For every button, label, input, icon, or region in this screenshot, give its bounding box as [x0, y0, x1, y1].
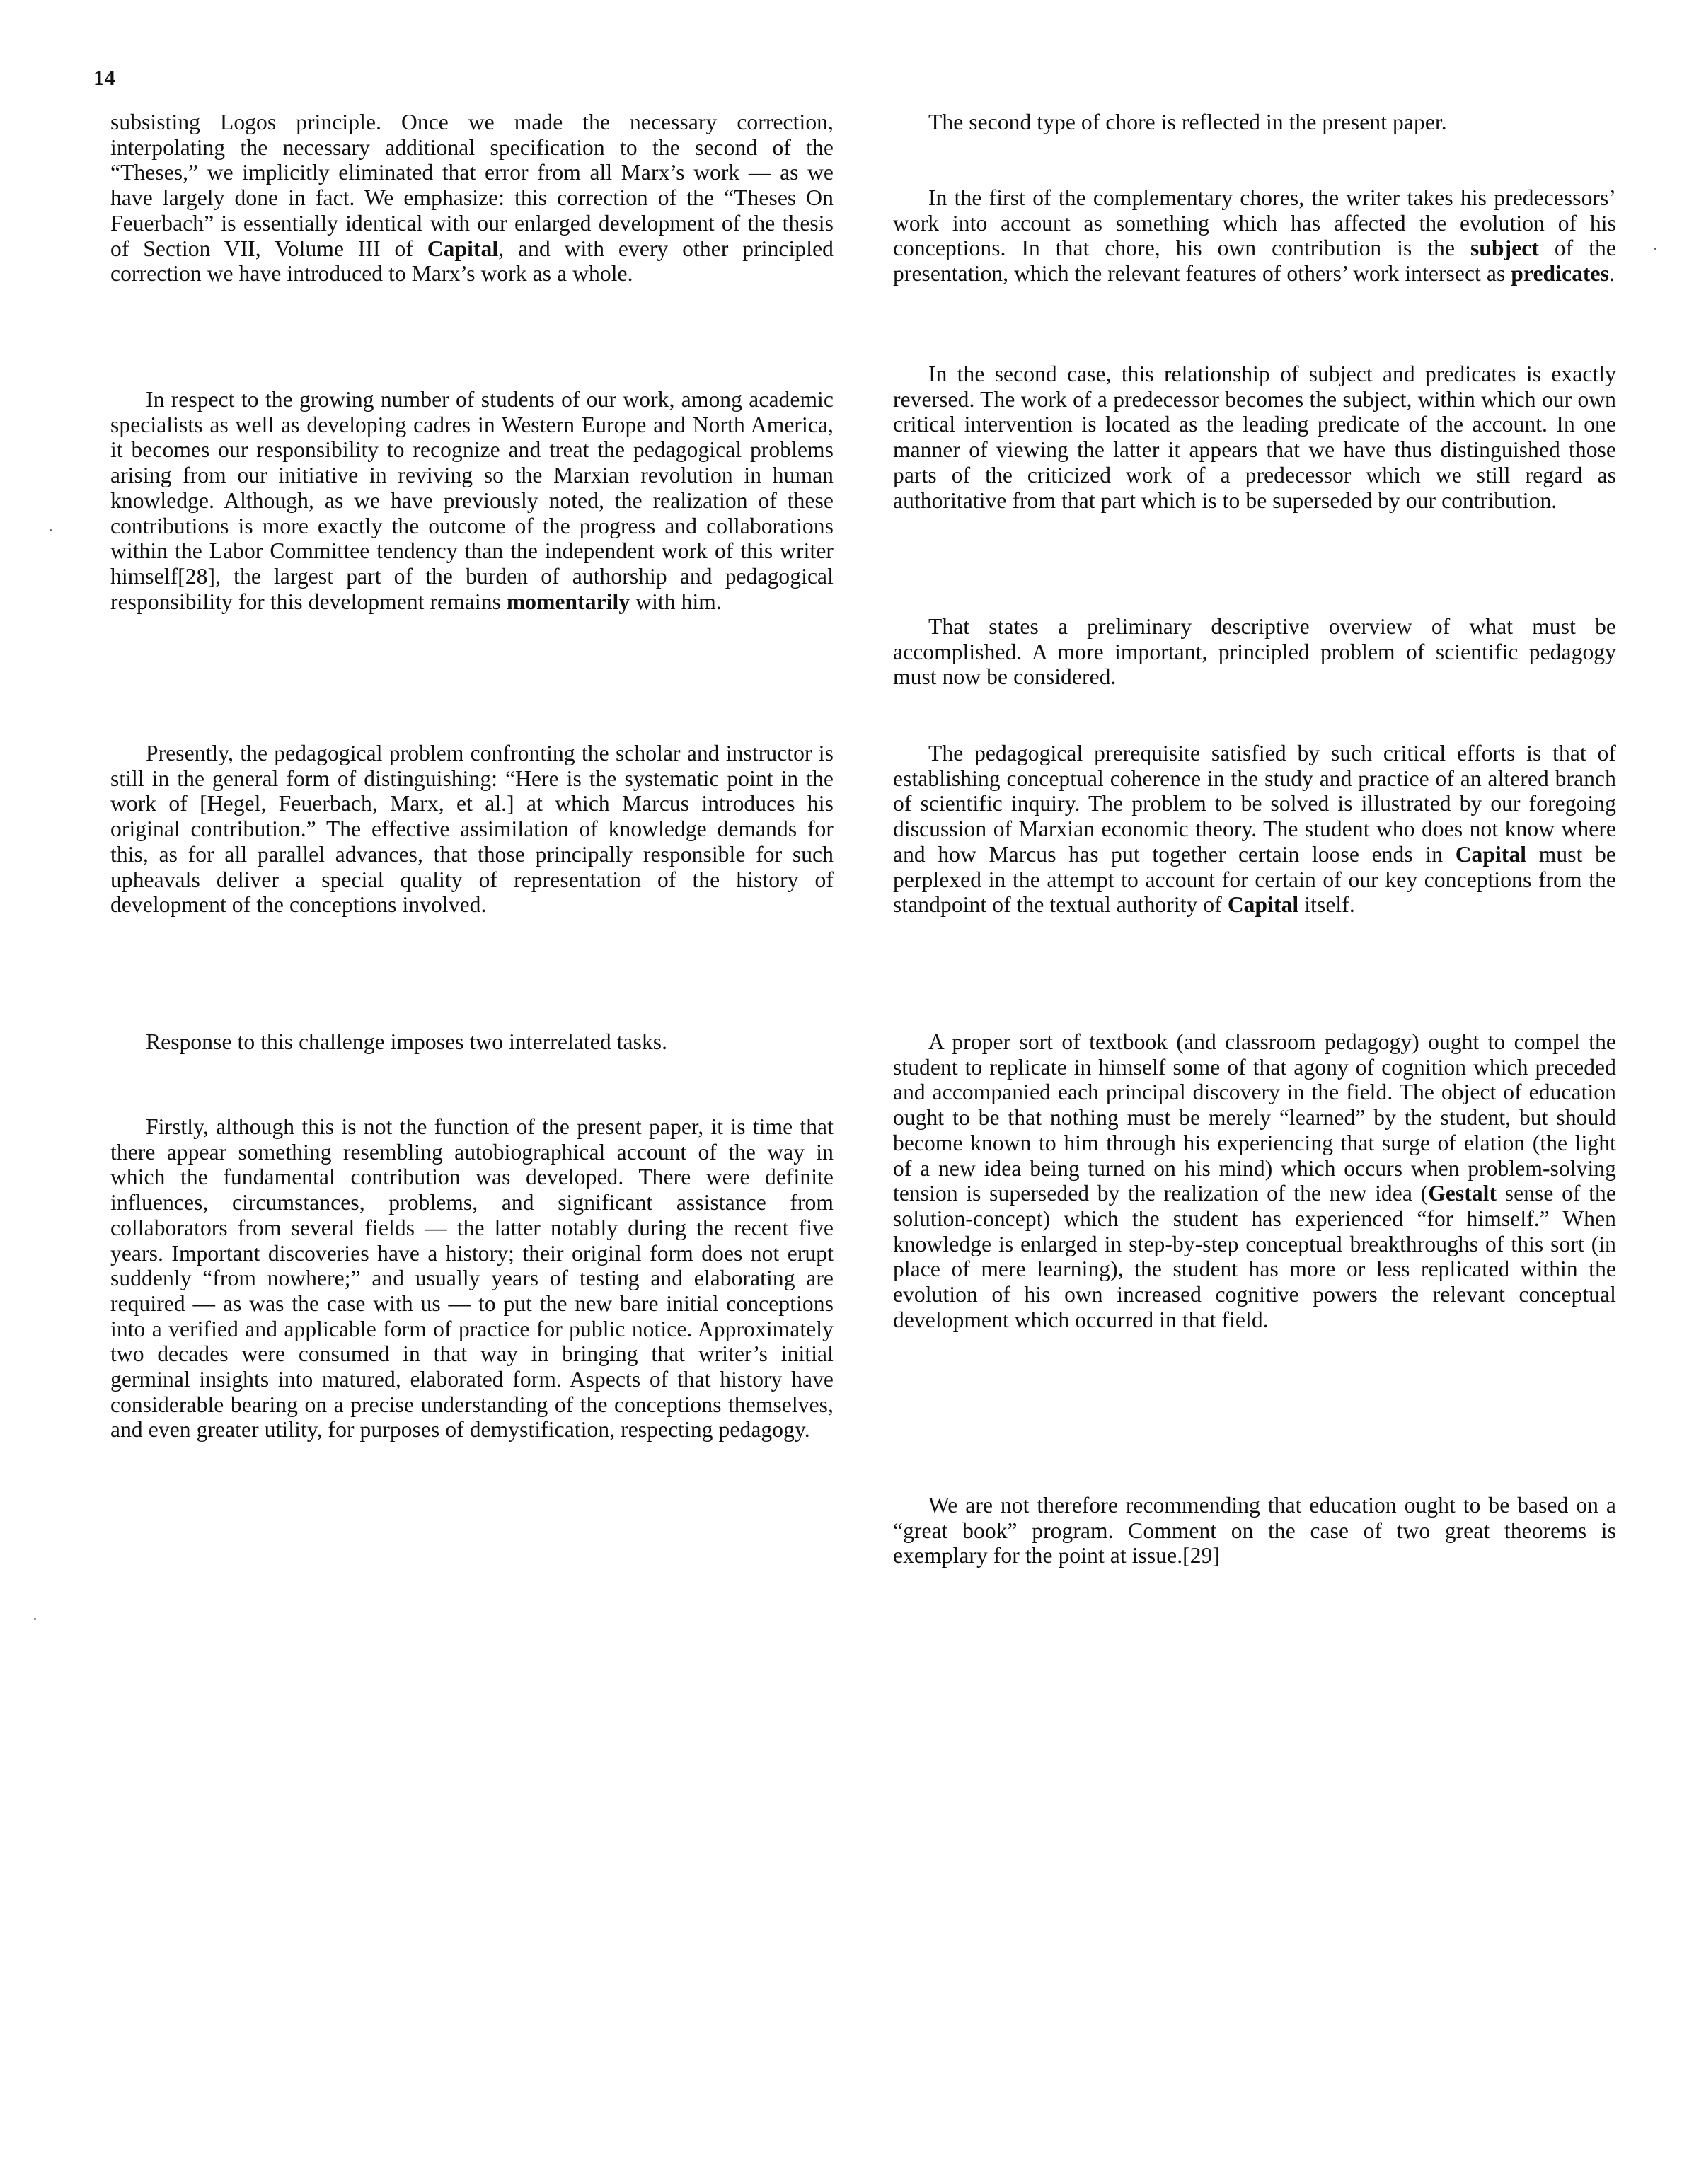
bold-term: Capital [1456, 842, 1526, 867]
bold-term: Gestalt [1428, 1181, 1497, 1206]
paragraph: A proper sort of textbook (and classroom… [893, 1029, 1616, 1332]
scan-speck [34, 1618, 36, 1620]
paragraph: The pedagogical prerequisite satisfied b… [893, 741, 1616, 918]
paragraph: Firstly, although this is not the functi… [110, 1114, 834, 1443]
scan-speck [1654, 248, 1656, 250]
bold-term: Capital [1228, 892, 1298, 917]
paragraph: In the second case, this relationship of… [893, 362, 1616, 513]
paragraph: subsisting Logos principle. Once we made… [110, 110, 834, 287]
paragraph: Response to this challenge imposes two i… [110, 1029, 834, 1055]
paragraph: Presently, the pedagogical problem confr… [110, 741, 834, 918]
paragraph: That states a preliminary descriptive ov… [893, 614, 1616, 690]
bold-term: subject [1470, 236, 1539, 260]
paragraph: In the first of the complementary chores… [893, 185, 1616, 287]
paragraph: The second type of chore is reflected in… [893, 110, 1616, 135]
paragraph: In respect to the growing number of stud… [110, 387, 834, 614]
bold-term: Capital [427, 236, 498, 261]
scan-speck [50, 529, 52, 531]
bold-term: momentarily [507, 589, 630, 614]
page-number: 14 [93, 65, 115, 91]
bold-term: predicates [1511, 261, 1609, 286]
paragraph: We are not therefore recommending that e… [893, 1493, 1616, 1568]
